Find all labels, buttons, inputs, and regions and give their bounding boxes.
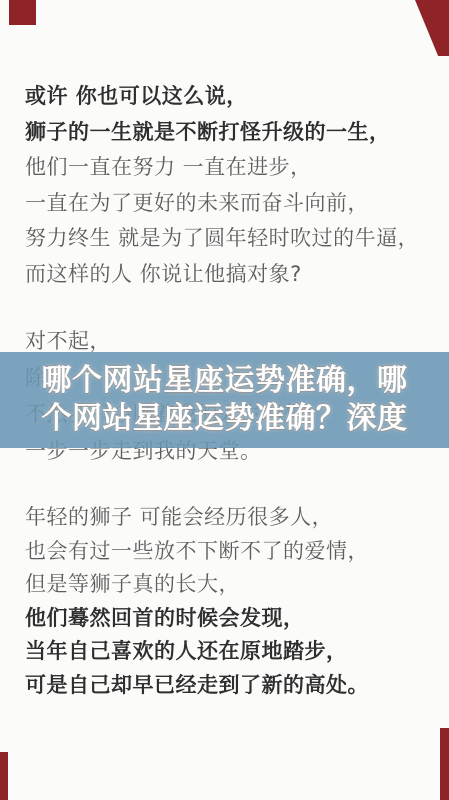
text-line: 他们一直在努力 一直在进步， [25, 150, 435, 186]
text-line: 当年自己喜欢的人还在原地踏步， [25, 635, 435, 669]
overlay-title-line2: 个网站星座运势准确？深度 [42, 400, 408, 438]
text-line: 年轻的狮子 可能会经历很多人， [25, 501, 435, 535]
text-line: 或许 你也可以这么说， [25, 79, 435, 115]
overlay-title-line1: 哪个网站星座运势准确，哪 [42, 362, 408, 400]
text-line: 一直在为了更好的未来而奋斗向前， [25, 186, 435, 222]
text-line: 他们蓦然回首的时候会发现， [25, 602, 435, 636]
text-line: 而这样的人 你说让他搞对象? [25, 257, 435, 293]
text-line: 努力终生 就是为了圆年轻时吹过的牛逼， [25, 221, 435, 257]
corner-mark-bottom-right [440, 728, 449, 800]
paragraph-block-top: 或许 你也可以这么说， 狮子的一生就是不断打怪升级的一生， 他们一直在努力 一直… [25, 79, 435, 292]
text-line: 狮子的一生就是不断打怪升级的一生， [25, 115, 435, 151]
corner-mark-top-right [415, 0, 449, 56]
corner-mark-bottom-left [0, 752, 8, 800]
corner-mark-top-left [9, 0, 36, 25]
text-line: 可是自己却早已经走到了新的高处。 [25, 669, 435, 703]
text-line: 也会有过一些放不下断不了的爱情， [25, 535, 435, 569]
text-line: 但是等狮子真的长大， [25, 568, 435, 602]
paragraph-block-bottom: 年轻的狮子 可能会经历很多人， 也会有过一些放不下断不了的爱情， 但是等狮子真的… [25, 501, 435, 702]
overlay-title: 哪个网站星座运势准确，哪 个网站星座运势准确？深度 [0, 352, 449, 448]
article-page: 或许 你也可以这么说， 狮子的一生就是不断打怪升级的一生， 他们一直在努力 一直… [0, 0, 449, 800]
